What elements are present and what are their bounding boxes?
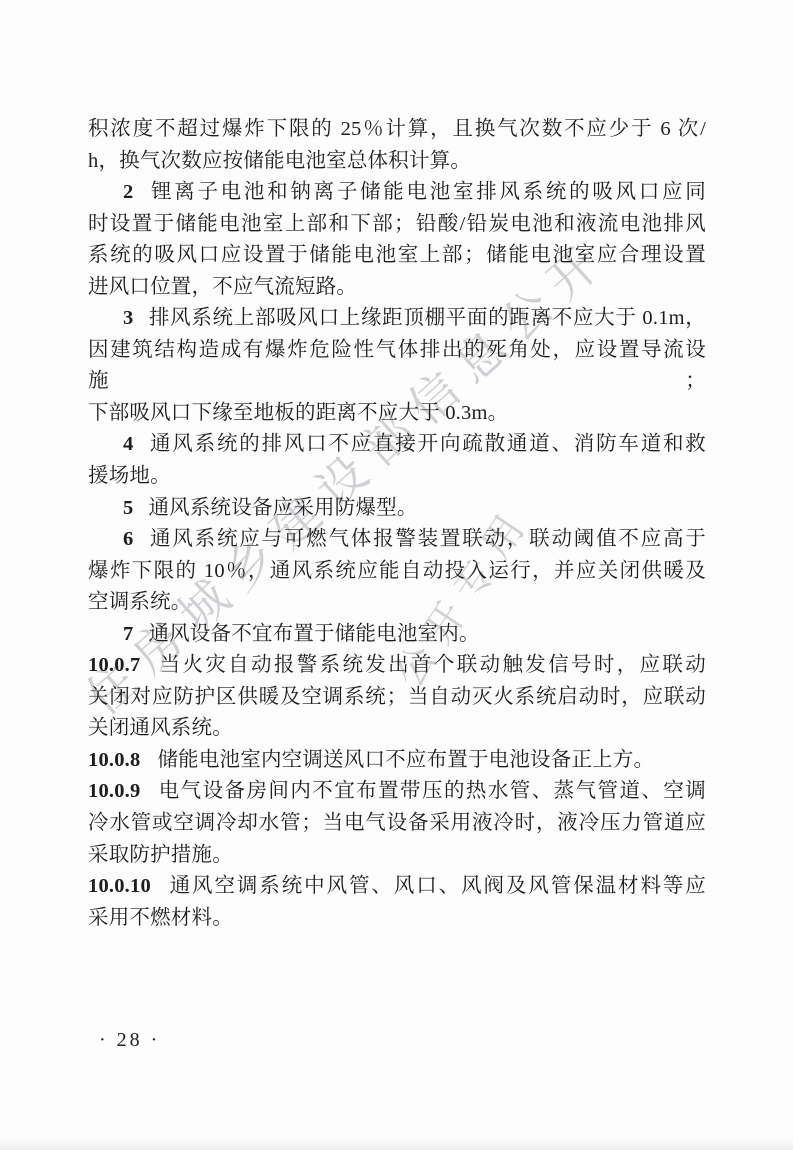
text-line: 采取防护措施。 (88, 840, 706, 872)
text-line: 冷水管或空调冷却水管；当电气设备采用液冷时，液冷压力管道应 (88, 808, 706, 840)
text-line: 4通风系统的排风口不应直接开向疏散通道、消防车道和救 (88, 429, 706, 461)
text-line: 时设置于储能电池室上部和下部；铅酸/铅炭电池和液流电池排风 (88, 209, 706, 241)
clause-number: 3 (123, 307, 133, 329)
text-line: 2锂离子电池和钠离子储能电池室排风系统的吸风口应同 (88, 177, 706, 209)
text-line: 采用不燃材料。 (88, 903, 706, 935)
clause-number: 10.0.8 (88, 749, 140, 771)
clause-number: 10.0.7 (88, 654, 140, 676)
page-bottom-shadow (0, 1138, 793, 1150)
text-line: 空调系统。 (88, 587, 706, 619)
text-line: 7通风设备不宜布置于储能电池室内。 (88, 619, 706, 651)
text-line: 积浓度不超过爆炸下限的 25％计算，且换气次数不应少于 6 次/ (88, 114, 706, 146)
text-line: 系统的吸风口应设置于储能电池室上部；储能电池室应合理设置 (88, 240, 706, 272)
text-line: 下部吸风口下缘至地板的距离不应大于 0.3m。 (88, 398, 706, 430)
text-line: 10.0.8储能电池室内空调送风口不应布置于电池设备正上方。 (88, 745, 706, 777)
clause-number: 6 (123, 528, 133, 550)
page-number: · 28 · (99, 1029, 160, 1052)
text-line: 因建筑结构造成有爆炸危险性气体排出的死角处，应设置导流设施； (88, 335, 706, 398)
text-line: 援场地。 (88, 461, 706, 493)
clause-number: 5 (123, 497, 133, 519)
text-line: 关闭通风系统。 (88, 713, 706, 745)
text-line: 5通风系统设备应采用防爆型。 (88, 493, 706, 525)
clause-number: 4 (123, 433, 133, 455)
text-line: h，换气次数应按储能电池室总体积计算。 (88, 146, 706, 178)
text-line: 进风口位置，不应气流短路。 (88, 272, 706, 304)
text-line: 6通风系统应与可燃气体报警装置联动，联动阈值不应高于 (88, 524, 706, 556)
clause-number: 7 (123, 623, 133, 645)
text-line: 10.0.7当火灾自动报警系统发出首个联动触发信号时，应联动 (88, 650, 706, 682)
text-line: 关闭对应防护区供暖及空调系统；当自动灭火系统启动时，应联动 (88, 682, 706, 714)
text-line: 3排风系统上部吸风口上缘距顶棚平面的距离不应大于 0.1m， (88, 303, 706, 335)
text-line: 10.0.9电气设备房间内不宜布置带压的热水管、蒸气管道、空调 (88, 776, 706, 808)
text-line: 10.0.10通风空调系统中风管、风口、风阀及风管保温材料等应 (88, 871, 706, 903)
body-text: 积浓度不超过爆炸下限的 25％计算，且换气次数不应少于 6 次/h，换气次数应按… (88, 114, 706, 934)
document-page: 住房城乡建设部信息公开 公开专用 积浓度不超过爆炸下限的 25％计算，且换气次数… (0, 0, 793, 1150)
clause-number: 2 (123, 181, 133, 203)
clause-number: 10.0.9 (88, 780, 140, 802)
text-line: 爆炸下限的 10％，通风系统应能自动投入运行，并应关闭供暖及 (88, 556, 706, 588)
clause-number: 10.0.10 (88, 875, 151, 897)
